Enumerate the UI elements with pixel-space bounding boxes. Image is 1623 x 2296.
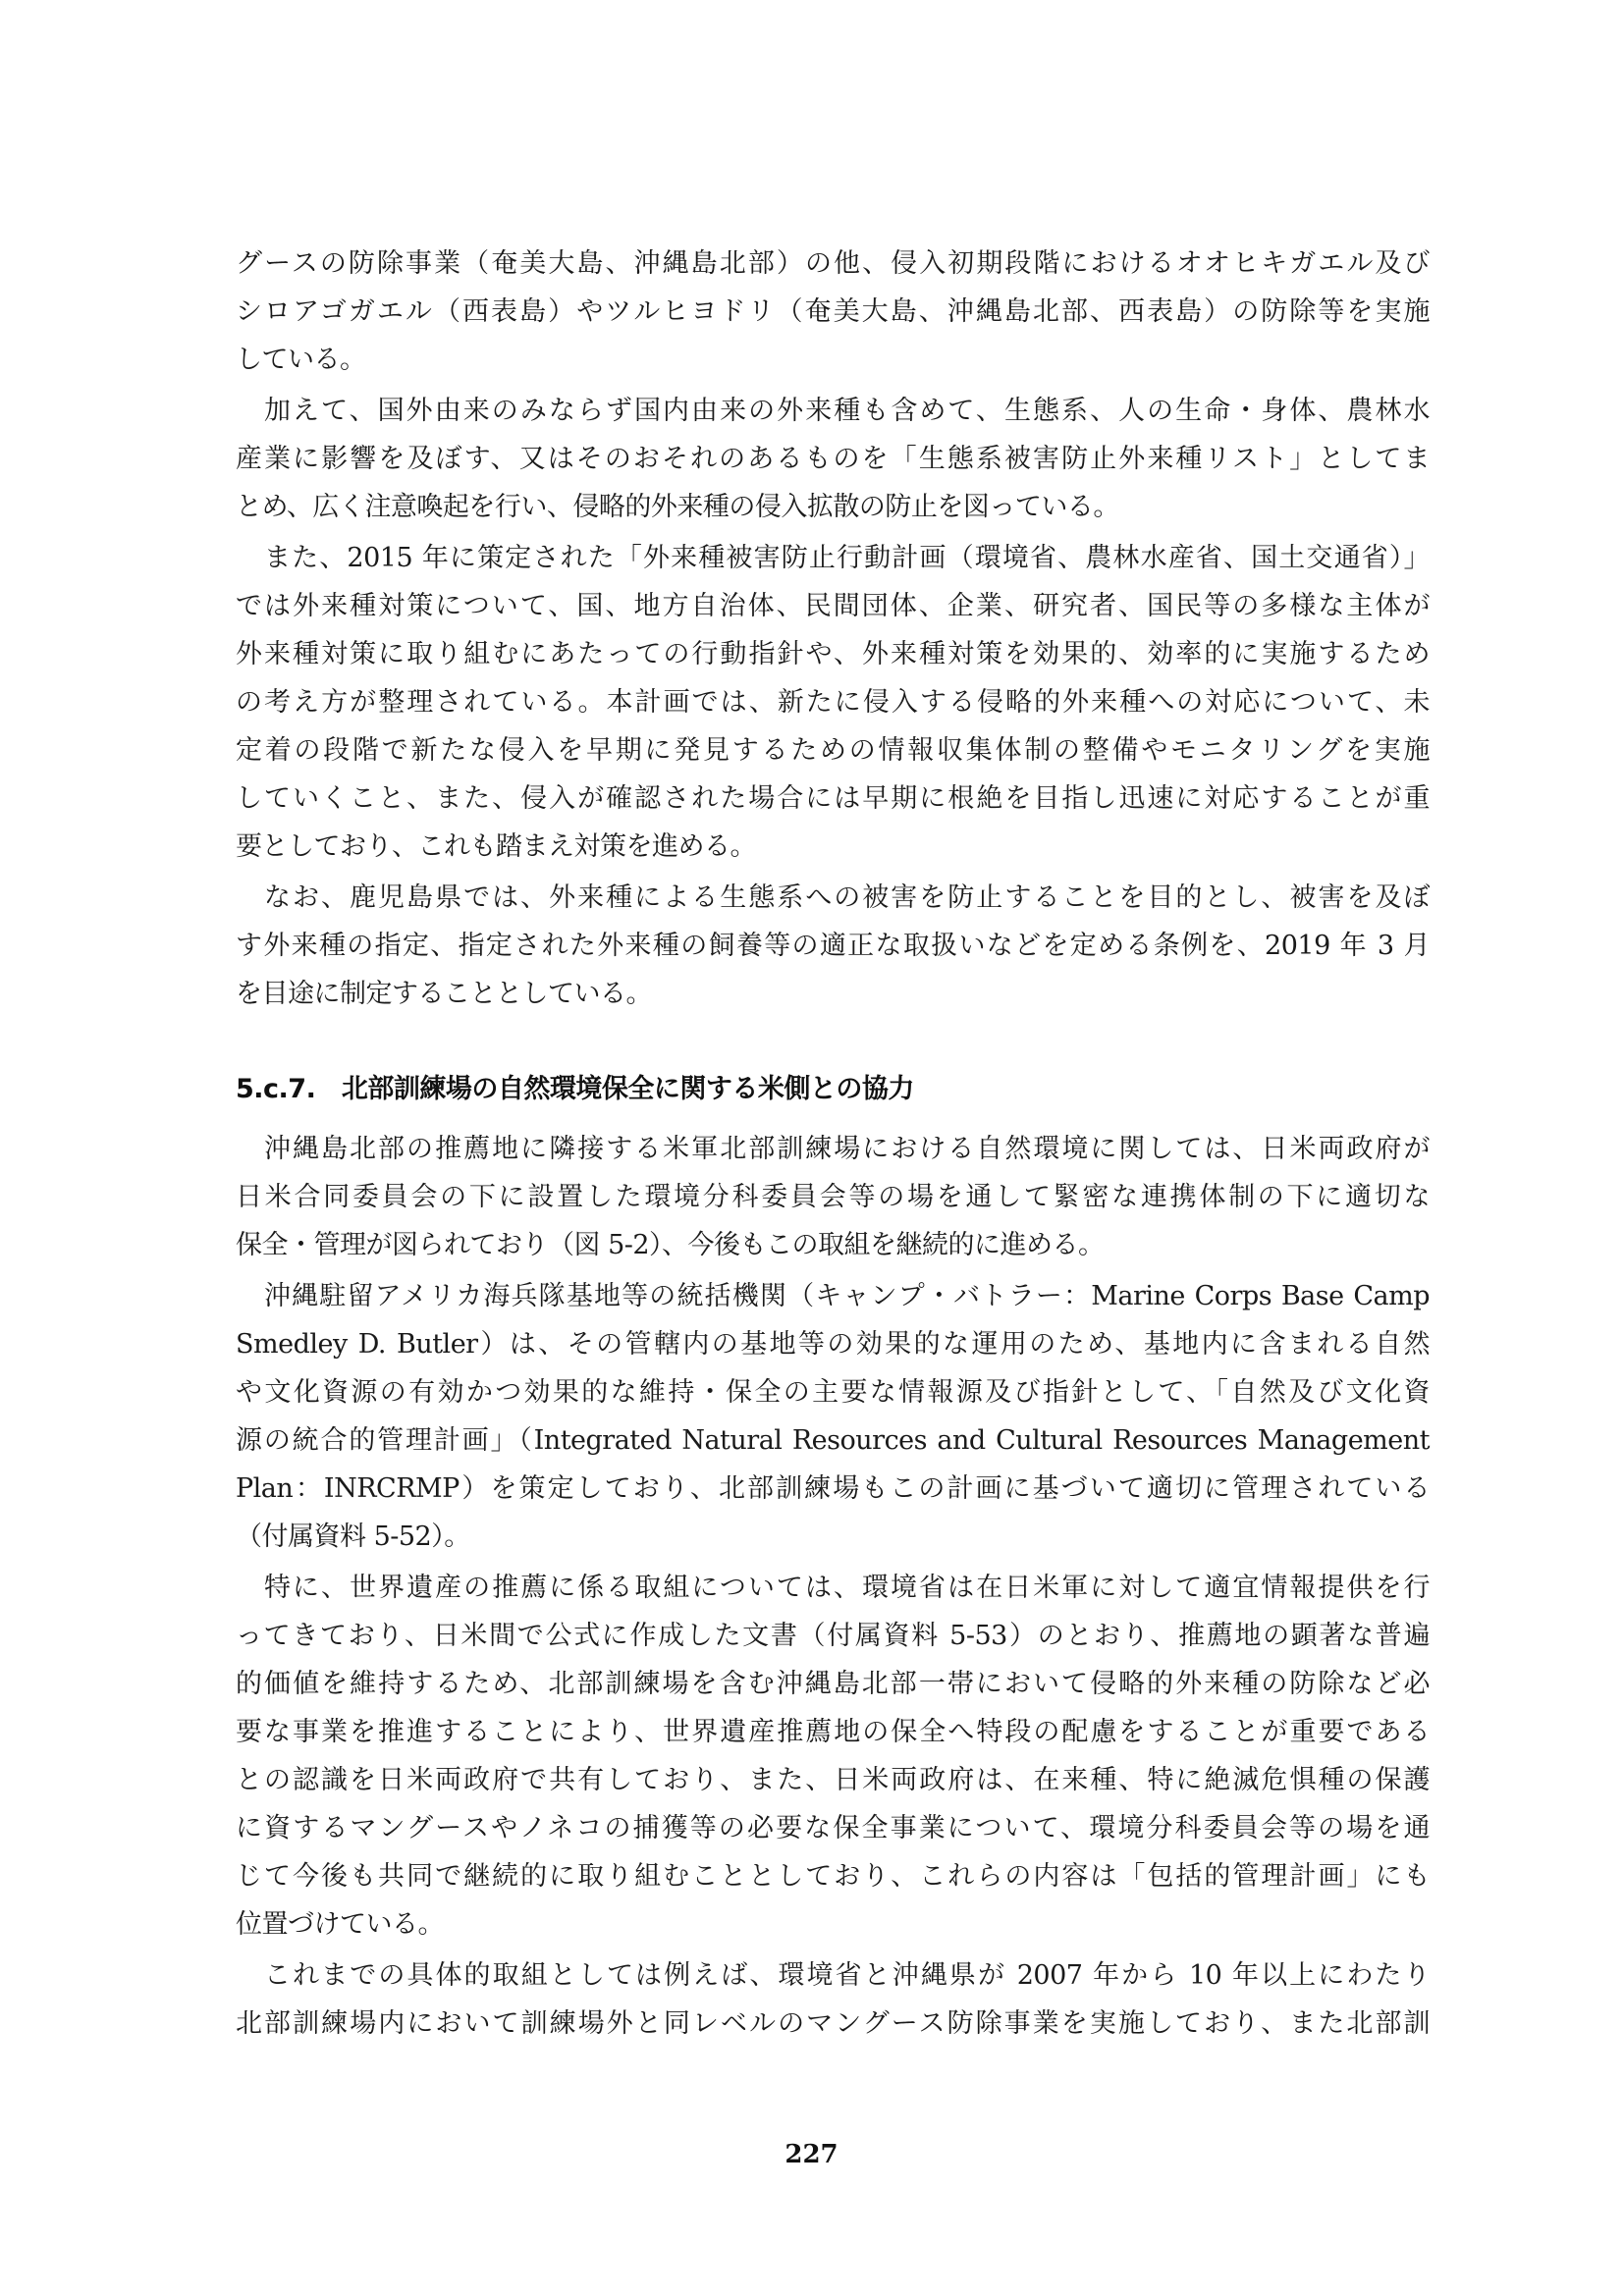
text-line: シロアゴガエル（西表島）やツルヒヨドリ（奄美大島、沖縄島北部、西表島）の防除等を… — [236, 288, 1430, 336]
text-line: 源の統合的管理計画」（Integrated Natural Resources … — [236, 1416, 1430, 1465]
section-heading-5c7: 5.c.7. 北部訓練場の自然環境保全に関する米側との協力 — [236, 1070, 914, 1109]
paragraph-camp-butler-inrcrmp: 沖縄駐留アメリカ海兵隊基地等の統括機関（キャンプ・バトラー：Marine Cor… — [236, 1272, 1430, 1561]
text-line: との認識を日米両政府で共有しており、また、日米両政府は、在来種、特に絶滅危惧種の… — [236, 1756, 1430, 1804]
text-line: Plan：INRCRMP）を策定しており、北部訓練場もこの計画に基づいて適切に管… — [236, 1465, 1430, 1513]
text-line: Smedley D. Butler）は、その管轄内の基地等の効果的な運用のため、… — [236, 1320, 1430, 1368]
paragraph-mongoose-control: グースの防除事業（奄美大島、沖縄島北部）の他、侵入初期段階におけるオオヒキガエル… — [236, 240, 1430, 384]
paragraph-concrete-initiatives: これまでの具体的取組としては例えば、環境省と沖縄県が 2007 年から 10 年… — [236, 1951, 1430, 2048]
text-line: 保全・管理が図られており（図 5-2）、今後もこの取組を継続的に進める。 — [236, 1221, 1430, 1269]
text-line: 北部訓練場内において訓練場外と同レベルのマングース防除事業を実施しており、また北… — [236, 2000, 1430, 2048]
text-line: じて今後も共同で継続的に取り組むこととしており、これらの内容は「包括的管理計画」… — [236, 1852, 1430, 1900]
text-line: また、2015 年に策定された「外来種被害防止行動計画（環境省、農林水産省、国土… — [236, 534, 1430, 582]
text-line: グースの防除事業（奄美大島、沖縄島北部）の他、侵入初期段階におけるオオヒキガエル… — [236, 240, 1430, 288]
text-line: や文化資源の有効かつ効果的な維持・保全の主要な情報源及び指針として、「自然及び文… — [236, 1368, 1430, 1416]
text-line: 沖縄駐留アメリカ海兵隊基地等の統括機関（キャンプ・バトラー：Marine Cor… — [236, 1272, 1430, 1320]
paragraph-invasive-species-list: 加えて、国外由来のみならず国内由来の外来種も含めて、生態系、人の生命・身体、農林… — [236, 387, 1430, 531]
paragraph-kagoshima-ordinance: なお、鹿児島県では、外来種による生態系への被害を防止することを目的とし、被害を及… — [236, 874, 1430, 1018]
text-line: 産業に影響を及ぼす、又はそのおそれのあるものを「生態系被害防止外来種リスト」とし… — [236, 435, 1430, 483]
page-number: 227 — [0, 2140, 1623, 2169]
text-line: では外来種対策について、国、地方自治体、民間団体、企業、研究者、国民等の多様な主… — [236, 582, 1430, 630]
paragraph-action-plan-2015: また、2015 年に策定された「外来種被害防止行動計画（環境省、農林水産省、国土… — [236, 534, 1430, 871]
paragraph-world-heritage-nomination: 特に、世界遺産の推薦に係る取組については、環境省は在日米軍に対して適宜情報提供を… — [236, 1564, 1430, 1949]
text-line: ってきており、日米間で公式に作成した文書（付属資料 5-53）のとおり、推薦地の… — [236, 1612, 1430, 1660]
text-line: 的価値を維持するため、北部訓練場を含む沖縄島北部一帯において侵略的外来種の防除な… — [236, 1660, 1430, 1708]
text-line: とめ、広く注意喚起を行い、侵略的外来種の侵入拡散の防止を図っている。 — [236, 483, 1430, 531]
text-line: していくこと、また、侵入が確認された場合には早期に根絶を目指し迅速に対応すること… — [236, 774, 1430, 823]
body-text-section-5c7: 沖縄島北部の推薦地に隣接する米軍北部訓練場における自然環境に関しては、日米両政府… — [236, 1125, 1430, 2051]
text-line: を目途に制定することとしている。 — [236, 970, 1430, 1018]
text-line: 位置づけている。 — [236, 1900, 1430, 1949]
text-line: 特に、世界遺産の推薦に係る取組については、環境省は在日米軍に対して適宜情報提供を… — [236, 1564, 1430, 1612]
text-line: している。 — [236, 336, 1430, 384]
text-line: の考え方が整理されている。本計画では、新たに侵入する侵略的外来種への対応について… — [236, 678, 1430, 726]
paragraph-us-japan-cooperation: 沖縄島北部の推薦地に隣接する米軍北部訓練場における自然環境に関しては、日米両政府… — [236, 1125, 1430, 1269]
text-line: これまでの具体的取組としては例えば、環境省と沖縄県が 2007 年から 10 年… — [236, 1951, 1430, 2000]
text-line: 定着の段階で新たな侵入を早期に発見するための情報収集体制の整備やモニタリングを実… — [236, 726, 1430, 774]
text-line: なお、鹿児島県では、外来種による生態系への被害を防止することを目的とし、被害を及… — [236, 874, 1430, 922]
text-line: 要な事業を推進することにより、世界遺産推薦地の保全へ特段の配慮をすることが重要で… — [236, 1708, 1430, 1756]
text-line: （付属資料 5-52）。 — [236, 1513, 1430, 1561]
text-line: 加えて、国外由来のみならず国内由来の外来種も含めて、生態系、人の生命・身体、農林… — [236, 387, 1430, 435]
text-line: 沖縄島北部の推薦地に隣接する米軍北部訓練場における自然環境に関しては、日米両政府… — [236, 1125, 1430, 1173]
text-line: 外来種対策に取り組むにあたっての行動指針や、外来種対策を効果的、効率的に実施する… — [236, 630, 1430, 678]
text-line: 日米合同委員会の下に設置した環境分科委員会等の場を通して緊密な連携体制の下に適切… — [236, 1173, 1430, 1221]
text-line: 要としており、これも踏まえ対策を進める。 — [236, 823, 1430, 871]
text-line: す外来種の指定、指定された外来種の飼養等の適正な取扱いなどを定める条例を、201… — [236, 922, 1430, 970]
text-line: に資するマングースやノネコの捕獲等の必要な保全事業について、環境分科委員会等の場… — [236, 1804, 1430, 1852]
body-text-previous-section: グースの防除事業（奄美大島、沖縄島北部）の他、侵入初期段階におけるオオヒキガエル… — [236, 240, 1430, 1021]
